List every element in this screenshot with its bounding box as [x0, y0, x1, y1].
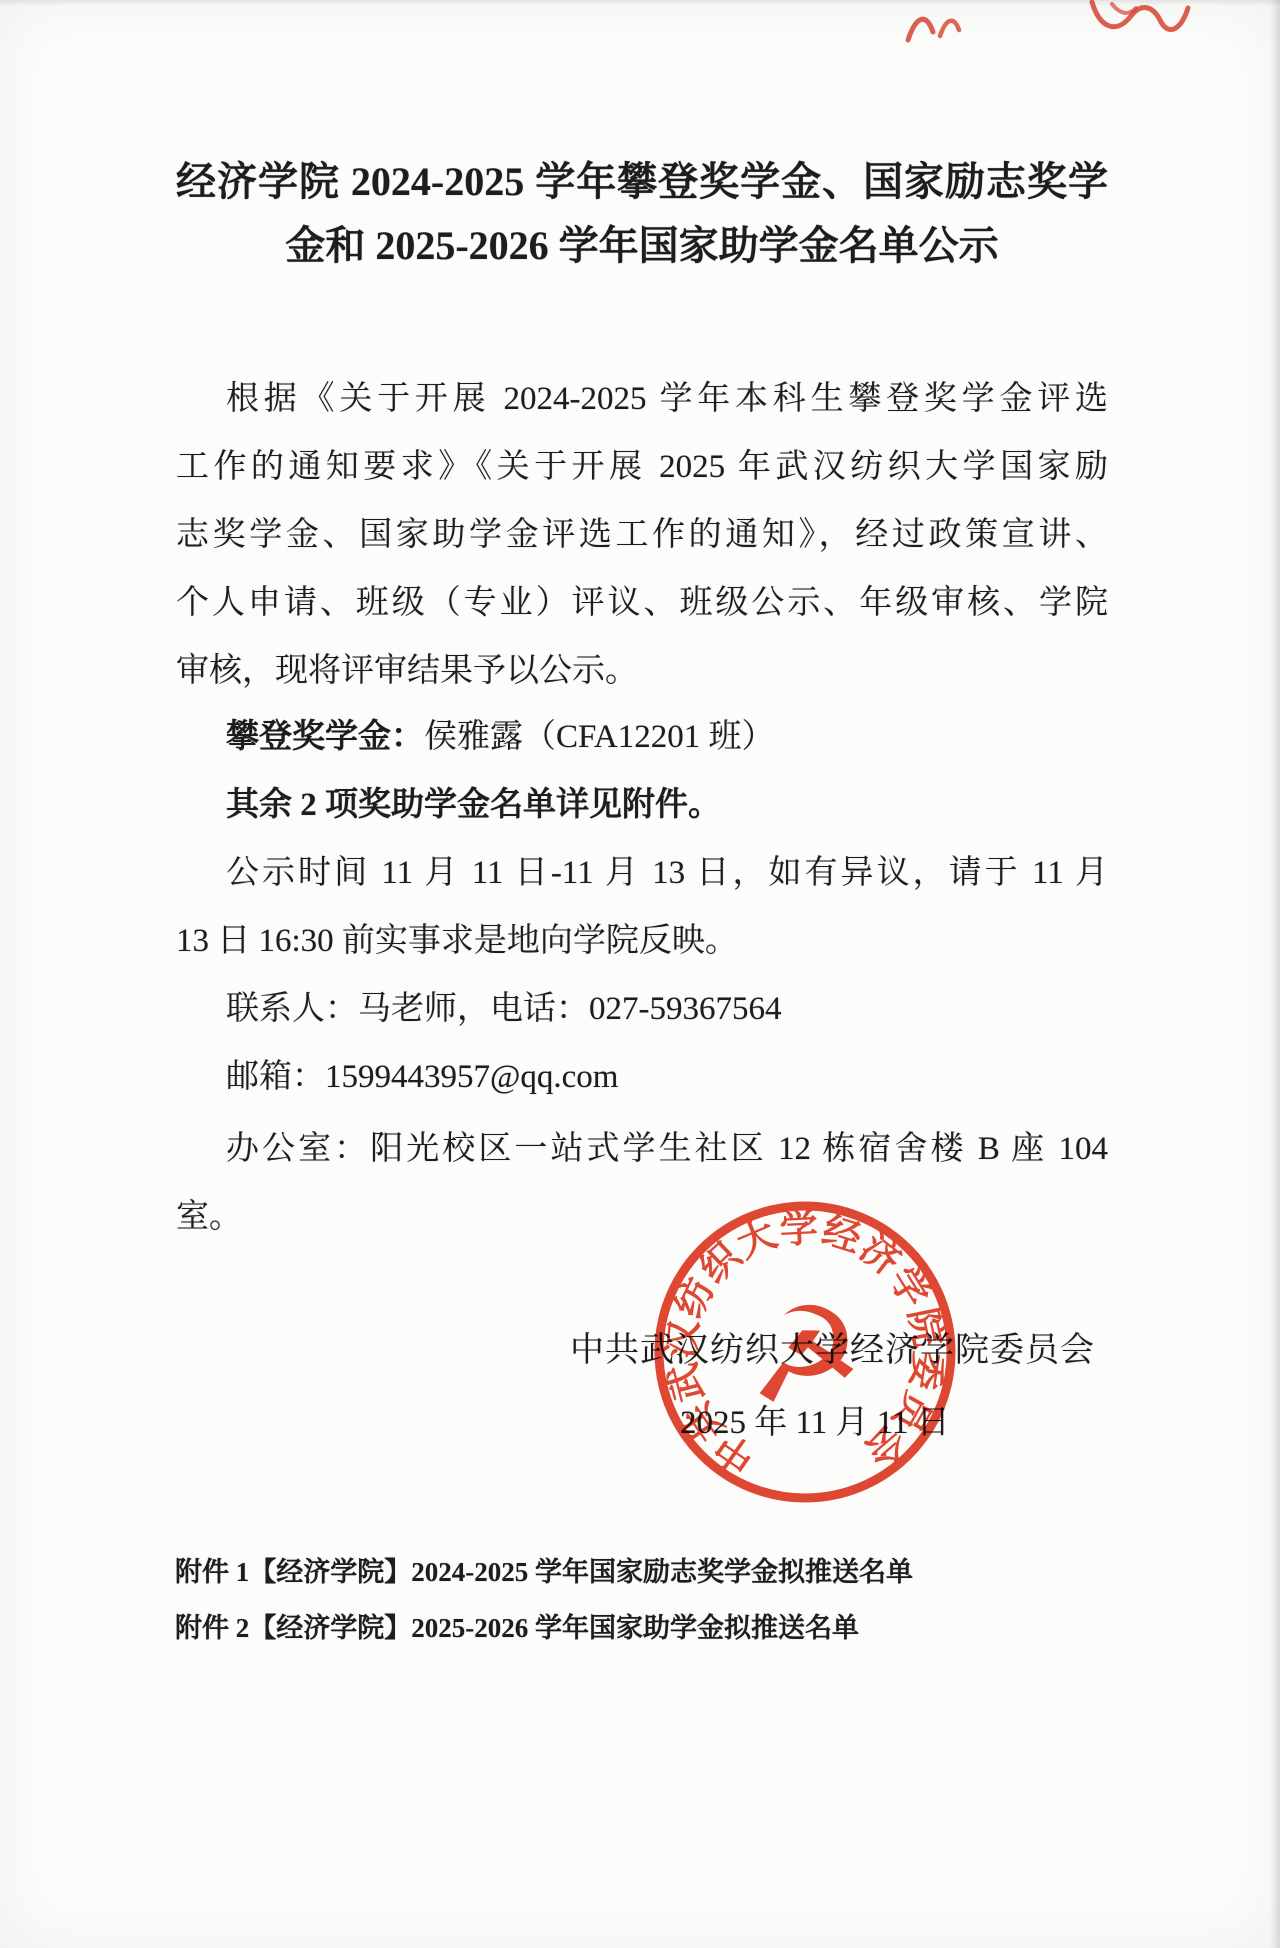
body-line: 志奖学金、国家助学金评选工作的通知》，经过政策宣讲、: [176, 512, 1108, 558]
award-winner: 侯雅露（CFA12201 班）: [424, 719, 775, 755]
body-line: 公示时间 11 月 11 日-11 月 13 日，如有异议，请于 11 月: [176, 850, 1108, 896]
attachment-item: 附件 2【经济学院】2025-2026 学年国家助学金拟推送名单: [175, 1606, 1135, 1645]
document-title-line-1: 经济学院 2024-2025 学年攀登奖学金、国家励志奖学: [176, 156, 1108, 208]
red-pen-marks-icon: [880, 0, 1210, 60]
contact-email-line: 邮箱：1599443957@qq.com: [176, 1054, 1108, 1100]
body-line: 个人申请、班级（专业）评议、班级公示、年级审核、学院: [176, 580, 1108, 626]
contact-person-line: 联系人：马老师，电话：027-59367564: [176, 986, 1108, 1032]
body-line: 审核，现将评审结果予以公示。: [176, 648, 1108, 694]
attachment-item: 附件 1【经济学院】2024-2025 学年国家励志奖学金拟推送名单: [175, 1550, 1135, 1589]
official-seal-stamp: 中共武汉纺织大学经济学院委员会 ☭: [637, 1184, 973, 1520]
party-emblem-icon: ☭: [743, 1276, 867, 1434]
body-line: 根据《关于开展 2024-2025 学年本科生攀登奖学金评选: [176, 376, 1108, 422]
contact-office-line: 办公室：阳光校区一站式学生社区 12 栋宿舍楼 B 座 104: [176, 1126, 1108, 1172]
body-line: 13 日 16:30 前实事求是地向学院反映。: [176, 918, 1108, 964]
scan-edge-shadow-right: [1270, 0, 1280, 1948]
scanned-document-page: 经济学院 2024-2025 学年攀登奖学金、国家励志奖学 金和 2025-20…: [0, 0, 1280, 1948]
body-line: 工作的通知要求》《关于开展 2025 年武汉纺织大学国家励: [176, 444, 1108, 490]
other-awards-line: 其余 2 项奖助学金名单详见附件。: [176, 782, 1108, 828]
award-announcement-line: 攀登奖学金：侯雅露（CFA12201 班）: [176, 714, 1108, 760]
document-title-line-2: 金和 2025-2026 学年国家助学金名单公示: [176, 220, 1108, 272]
award-label: 攀登奖学金：: [226, 719, 424, 755]
